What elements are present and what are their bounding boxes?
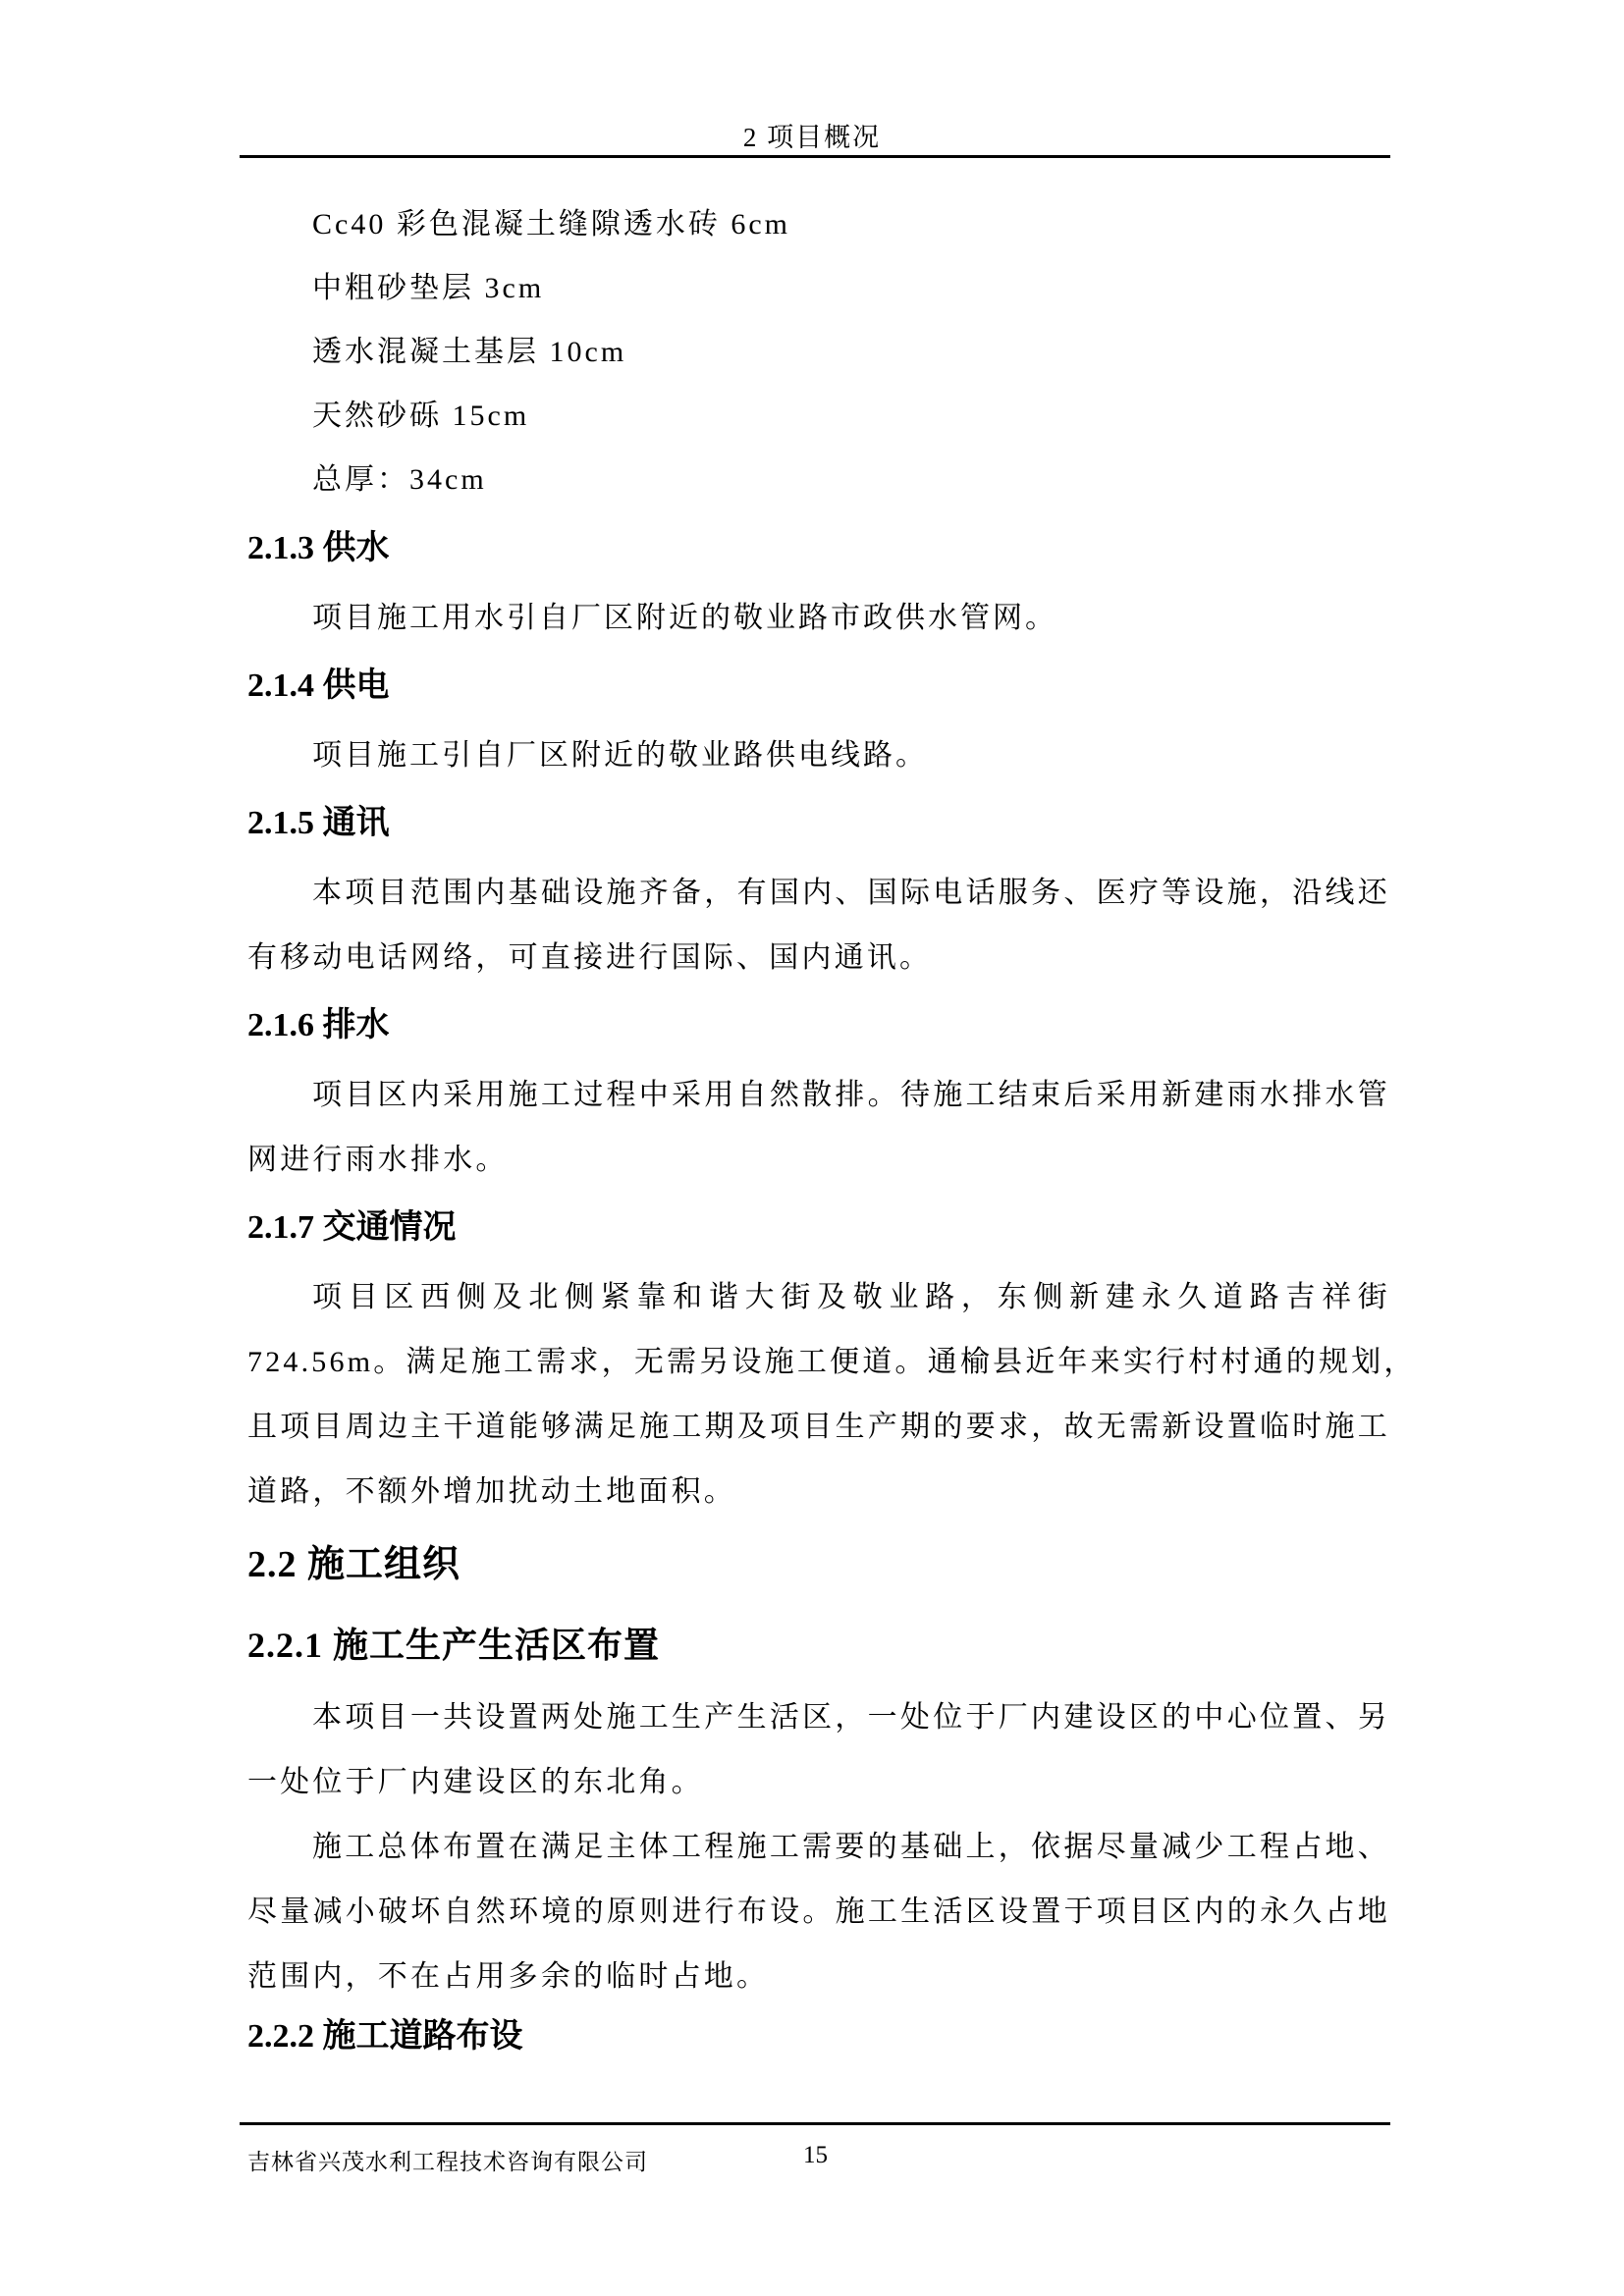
layer-4: 天然砂砾 15cm xyxy=(312,391,529,434)
para-communication-l2: 有移动电话网络，可直接进行国际、国内通讯。 xyxy=(247,933,1390,976)
heading-2-2-1: 2.2.1 施工生产生活区布置 xyxy=(247,1618,660,1668)
layer-1: Cc40 彩色混凝土缝隙透水砖 6cm xyxy=(312,199,790,242)
layer-2: 中粗砂垫层 3cm xyxy=(312,263,544,306)
total-thickness: 总厚：34cm xyxy=(312,454,487,498)
header-rule xyxy=(240,155,1390,158)
heading-2-1-6: 2.1.6 排水 xyxy=(247,997,390,1045)
para-power-supply: 项目施工引自厂区附近的敬业路供电线路。 xyxy=(312,730,928,774)
heading-2-1-5: 2.1.5 通讯 xyxy=(247,795,390,843)
para-layout-l3: 范围内，不在占用多余的临时占地。 xyxy=(247,1951,1390,1995)
para-communication-l1: 本项目范围内基础设施齐备，有国内、国际电话服务、医疗等设施，沿线还 xyxy=(312,868,1390,911)
footer-rule xyxy=(240,2122,1390,2125)
running-header: 2 项目概况 xyxy=(0,116,1624,154)
heading-2-1-7: 2.1.7 交通情况 xyxy=(247,1200,457,1248)
para-traffic-l2: 724.56m。满足施工需求，无需另设施工便道。通榆县近年来实行村村通的规划， xyxy=(247,1337,1390,1380)
heading-2-1-3: 2.1.3 供水 xyxy=(247,520,390,568)
para-layout-l1: 施工总体布置在满足主体工程施工需要的基础上，依据尽量减少工程占地、 xyxy=(312,1822,1390,1865)
page-number: 15 xyxy=(803,2142,828,2169)
document-page: 2 项目概况 Cc40 彩色混凝土缝隙透水砖 6cm 中粗砂垫层 3cm 透水混… xyxy=(0,0,1624,2296)
para-traffic-l4: 道路，不额外增加扰动土地面积。 xyxy=(247,1467,1390,1510)
para-water-supply: 项目施工用水引自厂区附近的敬业路市政供水管网。 xyxy=(312,593,1057,636)
layer-3: 透水混凝土基层 10cm xyxy=(312,327,626,370)
para-traffic-l1: 项目区西侧及北侧紧靠和谐大街及敬业路，东侧新建永久道路吉祥街 xyxy=(312,1272,1390,1315)
heading-2-2: 2.2 施工组织 xyxy=(247,1533,460,1587)
para-drainage-l2: 网进行雨水排水。 xyxy=(247,1135,1390,1178)
para-camp-l1: 本项目一共设置两处施工生产生活区，一处位于厂内建设区的中心位置、另 xyxy=(312,1692,1390,1735)
heading-2-2-2: 2.2.2 施工道路布设 xyxy=(247,2008,523,2056)
footer-company: 吉林省兴茂水利工程技术咨询有限公司 xyxy=(247,2144,648,2176)
heading-2-1-4: 2.1.4 供电 xyxy=(247,658,390,706)
para-drainage-l1: 项目区内采用施工过程中采用自然散排。待施工结束后采用新建雨水排水管 xyxy=(312,1070,1390,1113)
para-layout-l2: 尽量减小破坏自然环境的原则进行布设。施工生活区设置于项目区内的永久占地 xyxy=(247,1887,1390,1930)
para-traffic-l3: 且项目周边主干道能够满足施工期及项目生产期的要求，故无需新设置临时施工 xyxy=(247,1402,1390,1445)
para-camp-l2: 一处位于厂内建设区的东北角。 xyxy=(247,1757,1390,1800)
